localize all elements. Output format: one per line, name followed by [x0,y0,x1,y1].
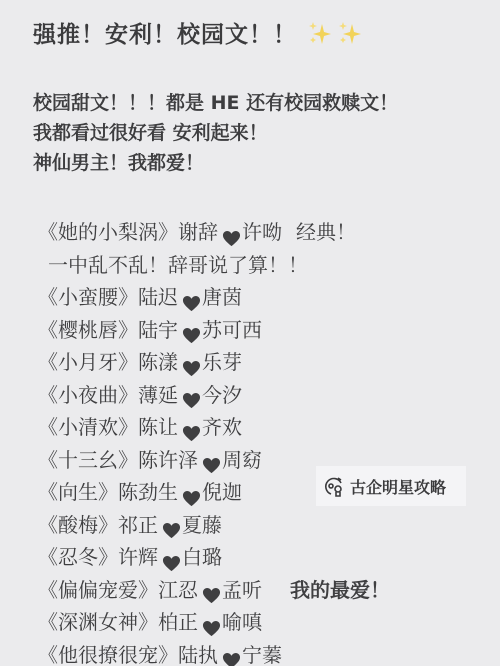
intro-line: 校园甜文！！！都是 HE 还有校园救赎文！ [33,88,398,118]
female-lead: 苏可西 [202,314,262,347]
female-lead: 唐茵 [202,281,242,314]
intro-line: 神仙男主！我都爱！ [33,148,398,178]
heart-icon [182,484,201,501]
male-lead: 陆迟 [138,281,178,314]
book-title: 《樱桃唇》 [38,314,138,347]
heart-icon [162,516,181,533]
book-title: 《她的小梨涡》 [38,216,178,249]
female-lead: 倪迦 [202,476,242,509]
heart-icon [162,549,181,566]
favorite-comment: 我的最爱！ [290,574,390,607]
heart-icon [222,646,241,663]
book-title: 《小月牙》 [38,346,138,379]
female-lead: 周窈 [222,444,262,477]
sparkles-icon [307,20,333,46]
female-lead: 乐芽 [202,346,242,379]
book-title: 《十三幺》 [38,444,138,477]
heart-icon [182,386,201,403]
male-lead: 陆执 [178,639,218,666]
male-lead: 薄延 [138,379,178,412]
male-lead: 柏正 [158,606,198,639]
book-title: 《小夜曲》 [38,379,138,412]
sparkles-icon [337,20,363,46]
heart-icon [222,224,241,241]
female-lead: 孟听 [222,574,262,607]
male-lead: 江忍 [158,574,198,607]
book-list-item: 《他很撩很宠》陆执宁蓁 [38,639,390,666]
intro-paragraph: 校园甜文！！！都是 HE 还有校园救赎文！ 我都看过很好看 安利起来！ 神仙男主… [33,88,398,178]
book-list-item: 《她的小梨涡》谢辞许呦经典！ [38,216,390,249]
male-lead: 陈漾 [138,346,178,379]
book-list-item: 《偏偏宠爱》江忍孟听我的最爱！ [38,574,390,607]
heart-icon [182,354,201,371]
book-title: 《向生》 [38,476,118,509]
continuation-text: 一中乱不乱！辞哥说了算！！ [48,249,308,282]
watermark-text: 古企明星攻略 [350,475,446,498]
female-lead: 齐欢 [202,411,242,444]
post-title-text: 强推！安利！校园文！！ [33,16,297,49]
heart-icon [182,321,201,338]
heart-icon [182,419,201,436]
female-lead: 今汐 [202,379,242,412]
heart-icon [202,614,221,631]
female-lead: 宁蓁 [242,639,282,666]
book-title: 《小清欢》 [38,411,138,444]
book-list-item: 《小月牙》陈漾乐芽 [38,346,390,379]
male-lead: 陈许泽 [138,444,198,477]
book-list-item: 《深渊女神》柏正喻嗔 [38,606,390,639]
book-list-item: 《小清欢》陈让齐欢 [38,411,390,444]
heart-icon [202,451,221,468]
book-note-continuation: 一中乱不乱！辞哥说了算！！ [38,249,390,282]
book-title: 《小蛮腰》 [38,281,138,314]
book-list: 《她的小梨涡》谢辞许呦经典！一中乱不乱！辞哥说了算！！《小蛮腰》陆迟唐茵《樱桃唇… [38,216,390,666]
book-list-item: 《忍冬》许辉白璐 [38,541,390,574]
book-title: 《他很撩很宠》 [38,639,178,666]
male-lead: 祁正 [118,509,158,542]
female-lead: 许呦 [242,216,282,249]
book-title: 《忍冬》 [38,541,118,574]
book-title: 《深渊女神》 [38,606,158,639]
female-lead: 喻嗔 [222,606,262,639]
book-title: 《酸梅》 [38,509,118,542]
male-lead: 许辉 [118,541,158,574]
book-list-item: 《樱桃唇》陆宇苏可西 [38,314,390,347]
female-lead: 白璐 [182,541,222,574]
intro-line: 我都看过很好看 安利起来！ [33,118,398,148]
watermark: 古企明星攻略 [316,466,466,506]
male-lead: 陆宇 [138,314,178,347]
star-badge-icon [322,474,346,498]
sparkles-emoji-group [307,20,363,46]
book-title: 《偏偏宠爱》 [38,574,158,607]
post-title: 强推！安利！校园文！！ [33,16,363,49]
heart-icon [182,289,201,306]
book-list-item: 《小夜曲》薄延今汐 [38,379,390,412]
male-lead: 谢辞 [178,216,218,249]
heart-icon [202,581,221,598]
female-lead: 夏藤 [182,509,222,542]
male-lead: 陈让 [138,411,178,444]
book-list-item: 《小蛮腰》陆迟唐茵 [38,281,390,314]
male-lead: 陈劲生 [118,476,178,509]
book-comment: 经典！ [296,216,356,249]
book-list-item: 《酸梅》祁正夏藤 [38,509,390,542]
